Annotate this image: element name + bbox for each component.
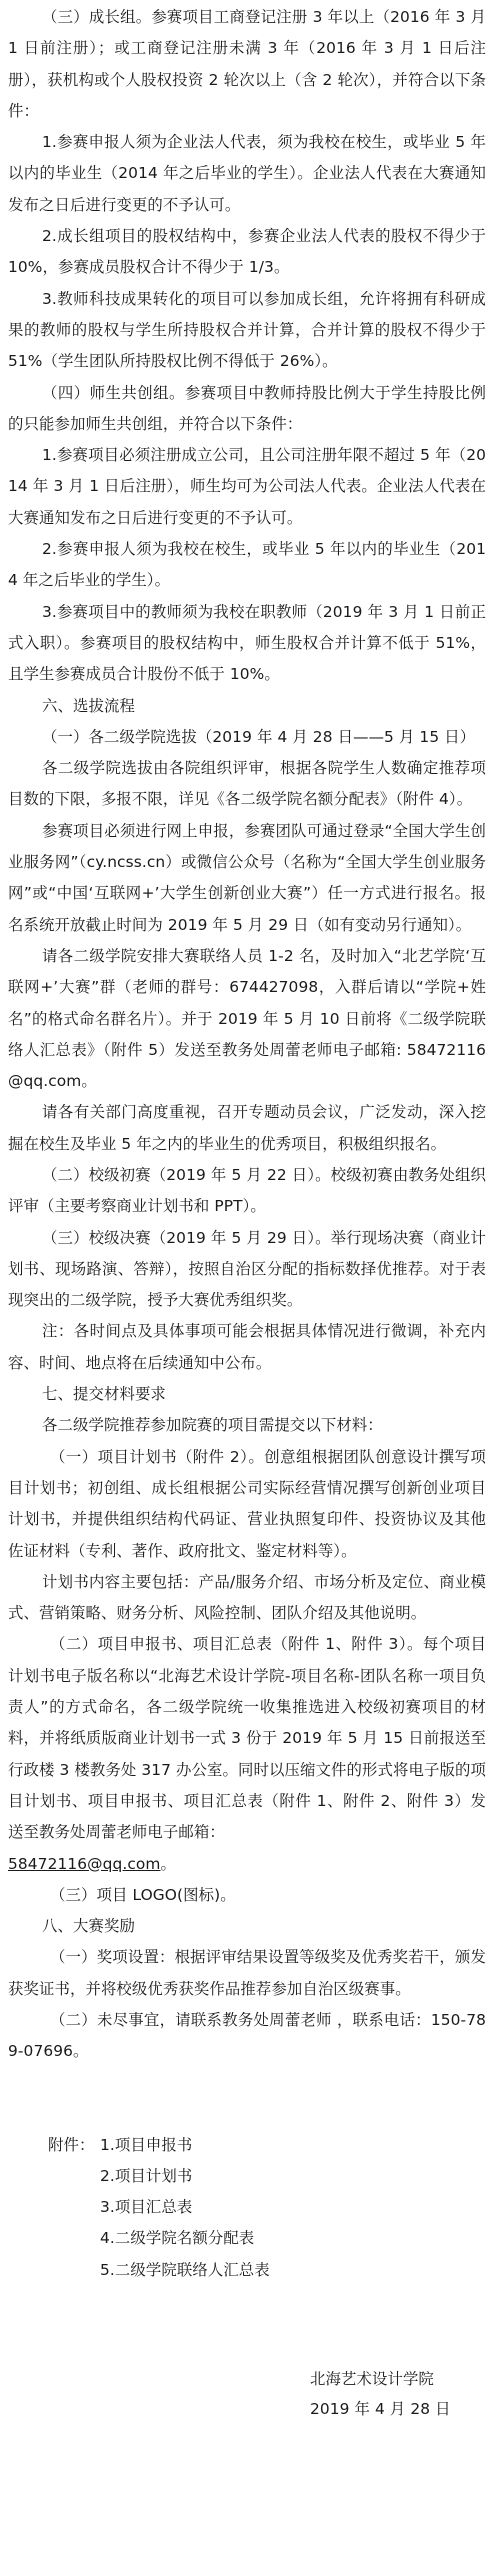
paragraph-growth-condition-2: 2.成长组项目的股权结构中，参赛企业法人代表的股权不得少于 10%，参赛成员股权… (8, 221, 486, 284)
paragraph-contact-info: （二）未尽事宜，请联系教务处周蕾老师 ，联系电话：150-789-07696。 (8, 2005, 486, 2068)
paragraph-logo: （三）项目 LOGO(图标)。 (8, 1880, 486, 1911)
paragraph-ts-condition-2: 2.参赛申报人须为我校在校生，或毕业 5 年以内的毕业生（2014 年之后毕业的… (8, 534, 486, 597)
attachments-label: 附件： (48, 2130, 100, 2161)
paragraph-award-settings: （一）奖项设置：根据评审结果设置等级奖及优秀奖若干，颁发获奖证书，并将校级优秀获… (8, 1942, 486, 2005)
paragraph-preliminary-round: （二）校级初赛（2019 年 5 月 22 日）。校级初赛由教务处组织评审（主要… (8, 1160, 486, 1223)
spacer (8, 2068, 486, 2130)
paragraph-final-round: （三）校级决赛（2019 年 5 月 29 日）。举行现场决赛（商业计划书、现场… (8, 1223, 486, 1317)
paragraph-contact-persons: 请各二级学院安排大赛联络人员 1-2 名，及时加入“北艺学院‘互联网+’大赛”群… (8, 941, 486, 1097)
paragraph-note: 注：各时间点及具体事项可能会根据具体情况进行微调，补充内容、时间、地点将在后续通… (8, 1316, 486, 1379)
attachments-label-spacer (48, 2192, 100, 2223)
paragraph-growth-group: （三）成长组。参赛项目工商登记注册 3 年以上（2016 年 3 月 1 日前注… (8, 2, 486, 127)
paragraph-email: 58472116@qq.com。 (8, 1849, 486, 1880)
paragraph-teacher-student-group: （四）师生共创组。参赛项目中教师持股比例大于学生持股比例的只能参加师生共创组，并… (8, 378, 486, 441)
attachments-label-spacer (48, 2223, 100, 2254)
paragraph-project-plan: （一）项目计划书（附件 2）。创意组根据团队创意设计撰写项目计划书；初创组、成长… (8, 1442, 486, 1567)
attachment-item: 1.项目申报书 (100, 2130, 192, 2161)
attachments-label-spacer (48, 2255, 100, 2286)
spacer (8, 2286, 486, 2364)
signature-date: 2019 年 4 月 28 日 (310, 2394, 486, 2424)
paragraph-plan-contents: 计划书内容主要包括：产品/服务介绍、市场分析及定位、商业模式、营销策略、财务分析… (8, 1567, 486, 1630)
attachment-item: 5.二级学院联络人汇总表 (100, 2255, 270, 2286)
paragraph-growth-condition-3: 3.教师科技成果转化的项目可以参加成长组，允许将拥有科研成果的教师的股权与学生所… (8, 284, 486, 378)
section-heading-selection-process: 六、选拔流程 (8, 691, 486, 722)
section-heading-awards: 八、大赛奖励 (8, 1911, 486, 1942)
attachments-label-spacer (48, 2161, 100, 2192)
section-heading-materials: 七、提交材料要求 (8, 1379, 486, 1410)
signature-block: 北海艺术设计学院 2019 年 4 月 28 日 (310, 2364, 486, 2424)
attachment-item: 4.二级学院名额分配表 (100, 2223, 254, 2254)
paragraph-college-selection-detail: 各二级学院选拔由各院组织评审，根据各院学生人数确定推荐项目数的下限，多报不限，详… (8, 753, 486, 816)
paragraph-ts-condition-3: 3.参赛项目中的教师须为我校在职教师（2019 年 3 月 1 日前正式入职）。… (8, 597, 486, 691)
attachment-item: 2.项目计划书 (100, 2161, 192, 2192)
attachments-list: 附件： 1.项目申报书 2.项目计划书 3.项目汇总表 4.二级学院名额分配表 … (8, 2130, 486, 2286)
paragraph-ts-condition-1: 1.参赛项目必须注册成立公司，且公司注册年限不超过 5 年（2014 年 3 月… (8, 440, 486, 534)
paragraph-materials-intro: 各二级学院推荐参加院赛的项目需提交以下材料： (8, 1410, 486, 1441)
paragraph-growth-condition-1: 1.参赛申报人须为企业法人代表，须为我校在校生，或毕业 5 年以内的毕业生（20… (8, 127, 486, 221)
paragraph-college-selection: （一）各二级学院选拔（2019 年 4 月 28 日——5 月 15 日） (8, 722, 486, 753)
paragraph-online-registration: 参赛项目必须进行网上申报，参赛团队可通过登录“全国大学生创业服务网”（cy.nc… (8, 816, 486, 941)
document-body: （三）成长组。参赛项目工商登记注册 3 年以上（2016 年 3 月 1 日前注… (0, 0, 500, 2424)
signature-organization: 北海艺术设计学院 (310, 2364, 486, 2394)
paragraph-application-summary: （二）项目申报书、项目汇总表（附件 1、附件 3）。每个项目计划书电子版名称以“… (8, 1629, 486, 1848)
email-suffix: 。 (161, 1855, 177, 1873)
attachment-item: 3.项目汇总表 (100, 2192, 192, 2223)
email-link[interactable]: 58472116@qq.com (8, 1855, 161, 1873)
paragraph-mobilization: 请各有关部门高度重视，召开专题动员会议，广泛发动，深入挖掘在校生及毕业 5 年之… (8, 1097, 486, 1160)
